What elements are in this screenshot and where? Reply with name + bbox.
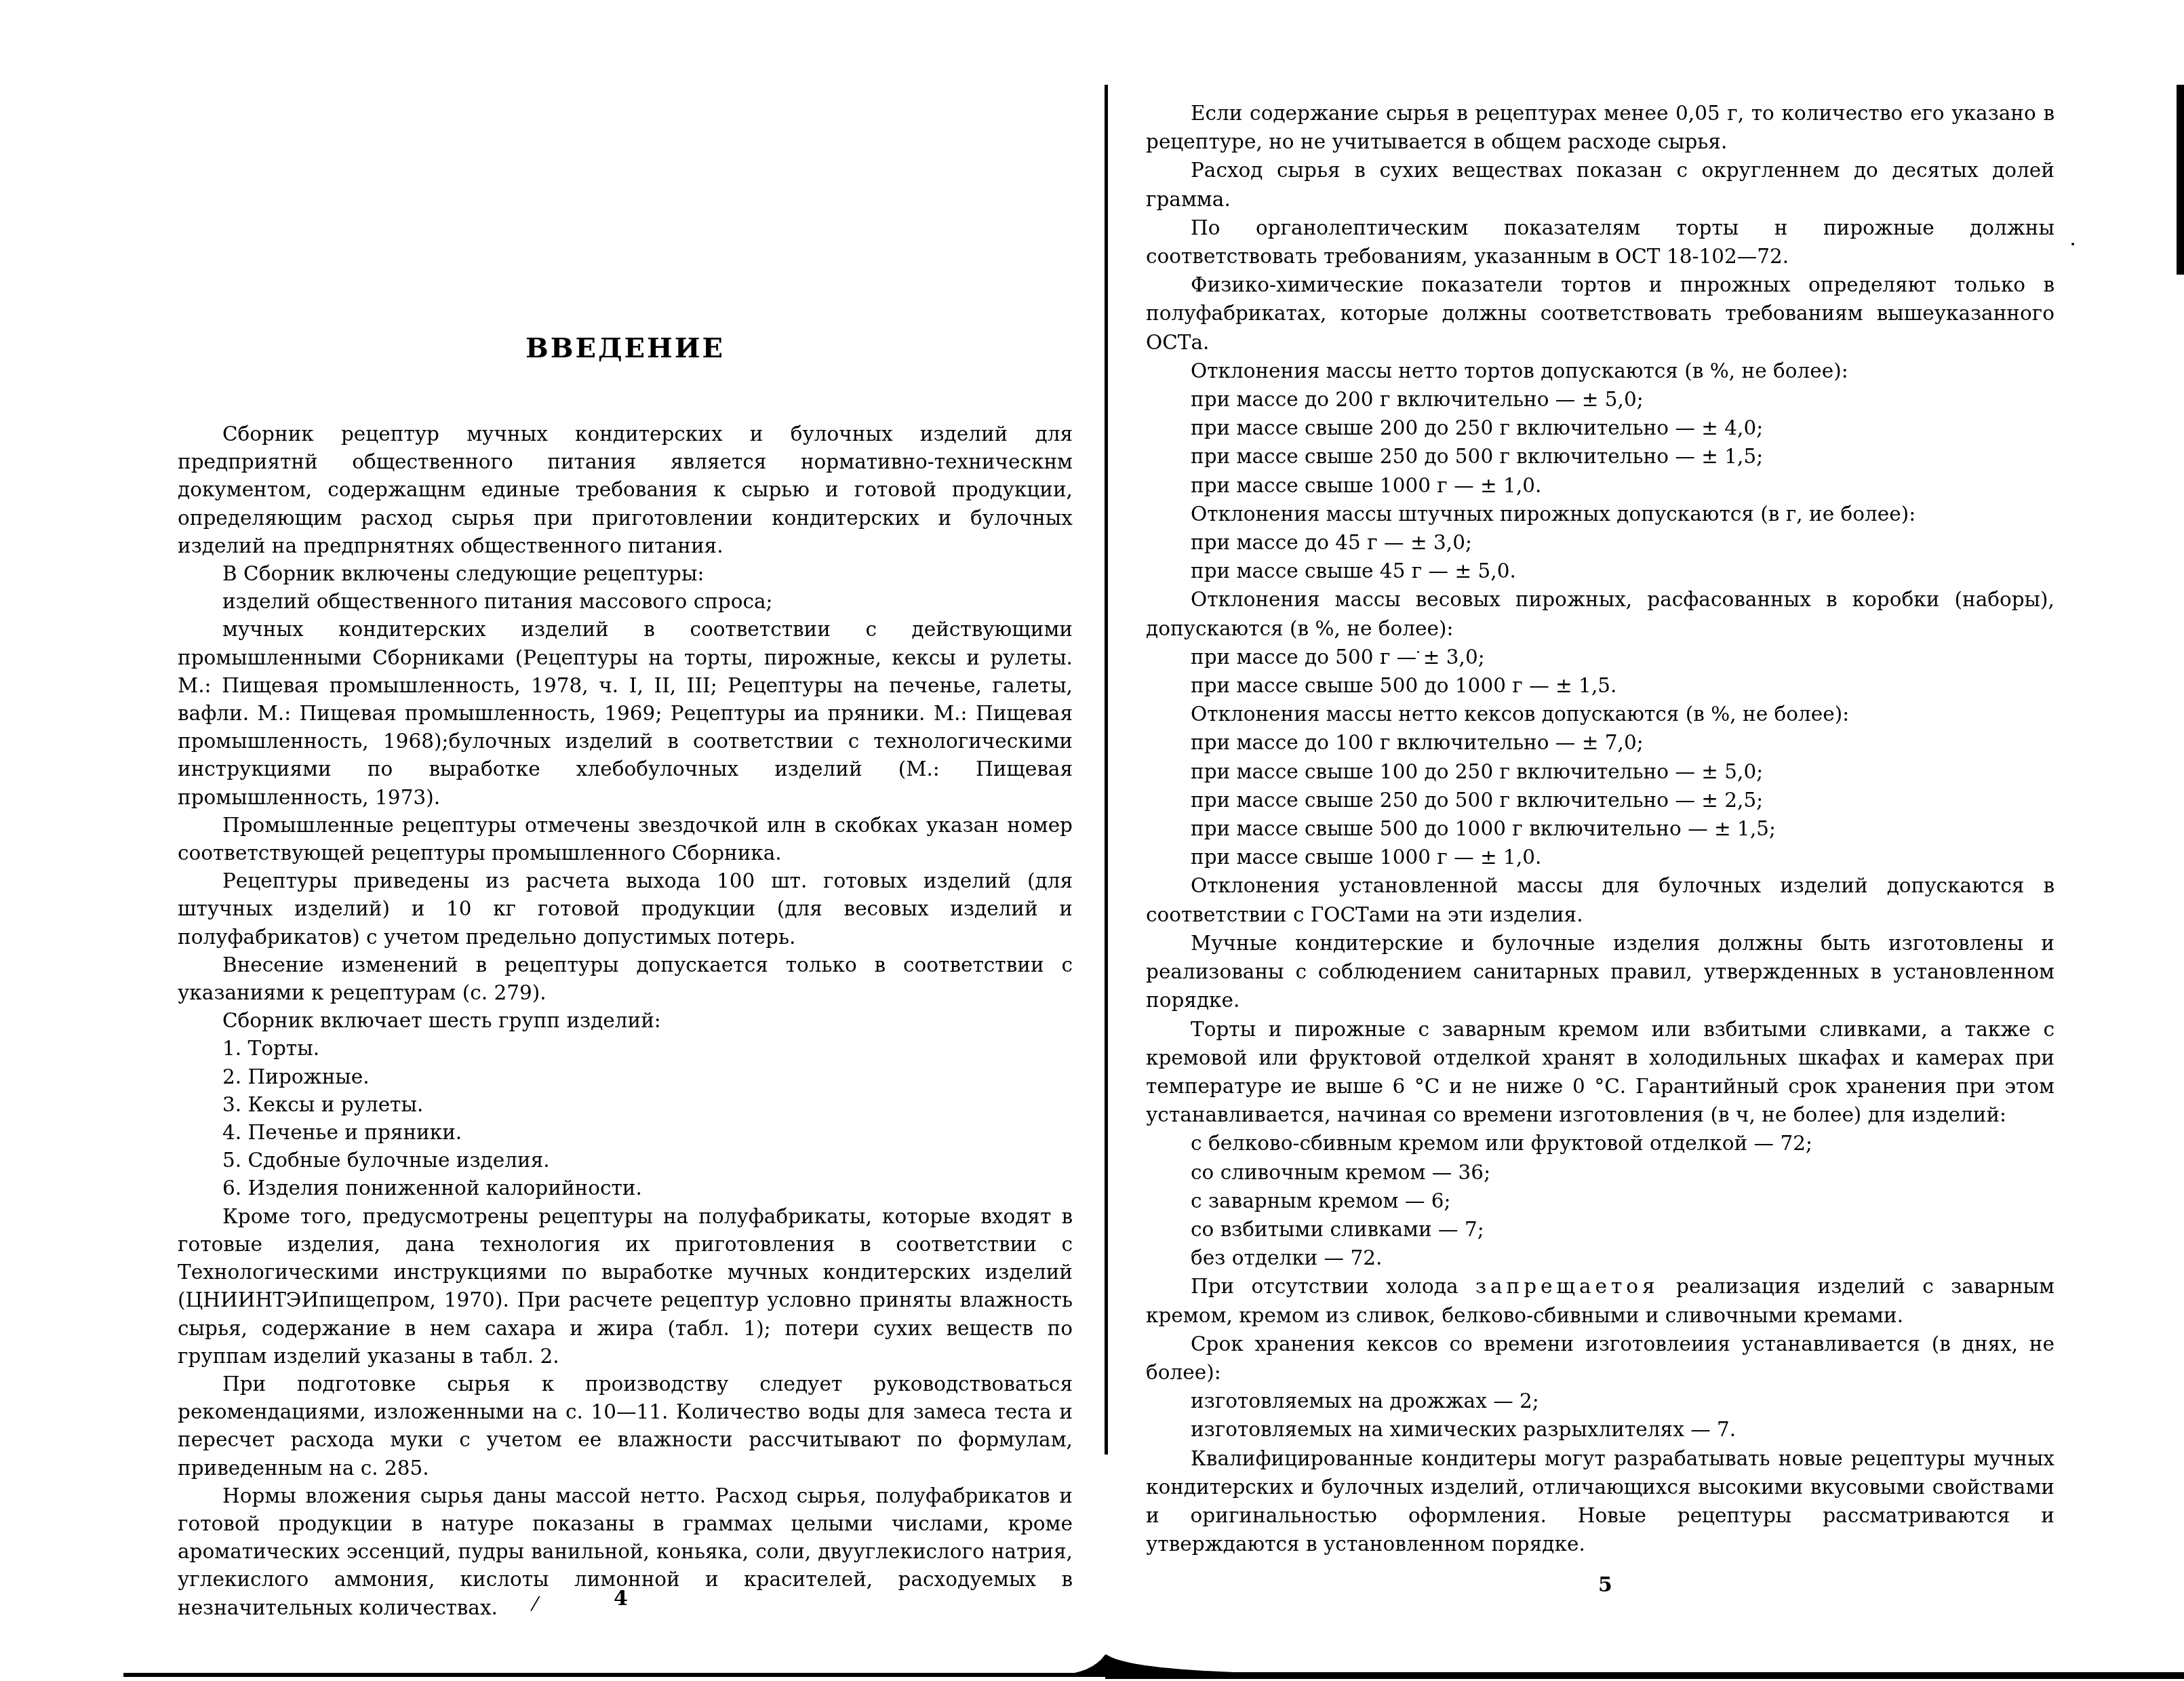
- paragraph: Отклонения массы нетто кексов допускаютс…: [1146, 700, 2054, 728]
- list-item: при массе свыше 45 г — ± 5,0.: [1146, 557, 2054, 585]
- list-item: без отделки — 72.: [1146, 1244, 2054, 1272]
- paragraph: изделий общественного питания массового …: [178, 588, 1073, 616]
- list-item: с заварным кремом — 6;: [1146, 1187, 2054, 1215]
- scan-speck: [2071, 243, 2074, 245]
- paragraph: В Сборник включены следующие рецептуры:: [178, 560, 1073, 588]
- list-item: со сливочным кремом — 36;: [1146, 1158, 2054, 1187]
- list-item: 3. Кексы и рулеты.: [178, 1091, 1073, 1119]
- paragraph: Отклонения массы нетто тортов допускаютс…: [1146, 357, 2054, 385]
- paragraph: Кроме того, предусмотрены рецептуры на п…: [178, 1203, 1073, 1370]
- paragraph: Отклонения установленной массы для булоч…: [1146, 871, 2054, 928]
- list-item: 1. Торты.: [178, 1035, 1073, 1063]
- paragraph: Физико-химические показатели тортов и пн…: [1146, 271, 2054, 357]
- emphasized-text: запрещаетоя: [1475, 1275, 1659, 1298]
- text-run: При отсутствии холода: [1191, 1275, 1475, 1298]
- list-item: при массе свыше 500 до 1000 г — ± 1,5.: [1146, 671, 2054, 700]
- list-item: 6. Изделия пониженной калорийности.: [178, 1174, 1073, 1202]
- list-item: при массе до 100 г включительно — ± 7,0;: [1146, 728, 2054, 757]
- list-item: при массе свыше 100 до 250 г включительн…: [1146, 757, 2054, 786]
- paragraph: Отклонения массы весовых пирожных, расфа…: [1146, 585, 2054, 642]
- paragraph: Срок хранения кексов со времени изготовл…: [1146, 1330, 2054, 1387]
- page-number-right: 5: [1598, 1573, 1612, 1597]
- scan-bottom-edge: [1105, 1672, 2184, 1679]
- list-item: 2. Пирожные.: [178, 1063, 1073, 1091]
- paragraph: Внесение изменений в рецептуры допускает…: [178, 951, 1073, 1007]
- paragraph: Мучные кондитерские и булочные изделия д…: [1146, 929, 2054, 1015]
- list-item: при массе свыше 1000 г — ± 1,0.: [1146, 843, 2054, 871]
- paragraph: При подготовке сырья к производству след…: [178, 1370, 1073, 1482]
- paragraph: Сборник включает шесть групп изделий:: [178, 1007, 1073, 1035]
- list-item: изготовляемых на дрожжах — 2;: [1146, 1387, 2054, 1415]
- paragraph: Торты и пирожные с заварным кремом или в…: [1146, 1015, 2054, 1130]
- list-item: при массе до 500 г — ± 3,0;: [1146, 643, 2054, 671]
- paragraph: Квалифицированные кондитеры могут разраб…: [1146, 1444, 2054, 1559]
- list-item: изготовляемых на химических разрыхлителя…: [1146, 1415, 2054, 1444]
- list-item: при массе свыше 500 до 1000 г включитель…: [1146, 814, 2054, 843]
- list-item: при массе свыше 250 до 500 г включительн…: [1146, 442, 2054, 471]
- paragraph: Промышленные рецептуры отмечены звездочк…: [178, 812, 1073, 867]
- paragraph: Отклонения массы штучных пирожных допуск…: [1146, 500, 2054, 528]
- paragraph: По органолептическим показателям торты н…: [1146, 214, 2054, 271]
- paragraph: Сборник рецептур мучных кондитерских и б…: [178, 420, 1073, 560]
- list-item: при массе свыше 200 до 250 г включительн…: [1146, 414, 2054, 442]
- scan-speck: [1417, 651, 1419, 653]
- scan-right-edge: [2177, 85, 2184, 275]
- scan-bottom-edge: [123, 1673, 1113, 1677]
- list-item: 5. Сдобные булочные изделия.: [178, 1147, 1073, 1174]
- paragraph: При отсутствии холода запрещаетоя реализ…: [1146, 1272, 2054, 1329]
- paragraph: мучных кондитерских изделий в соответств…: [178, 616, 1073, 811]
- list-item: со взбитыми сливками — 7;: [1146, 1215, 2054, 1244]
- left-page-body: Сборник рецептур мучных кондитерских и б…: [178, 420, 1073, 1622]
- paragraph: Рецептуры приведены из расчета выхода 10…: [178, 867, 1073, 951]
- right-page-body: Если содержание сырья в рецептурах менее…: [1146, 99, 2054, 1558]
- paragraph: Расход сырья в сухих веществах показан с…: [1146, 156, 2054, 213]
- list-item: 4. Печенье и пряники.: [178, 1119, 1073, 1147]
- paragraph: Если содержание сырья в рецептурах менее…: [1146, 99, 2054, 156]
- product-group-list: 1. Торты. 2. Пирожные. 3. Кексы и рулеты…: [178, 1035, 1073, 1202]
- list-item: с белково-сбивным кремом или фруктовой о…: [1146, 1129, 2054, 1158]
- list-item: при массе до 45 г — ± 3,0;: [1146, 528, 2054, 557]
- page-number-left: 4: [614, 1587, 628, 1610]
- page-heading: ВВЕДЕНИЕ: [178, 332, 1073, 364]
- list-item: при массе свыше 250 до 500 г включительн…: [1146, 786, 2054, 814]
- list-item: при массе до 200 г включительно — ± 5,0;: [1146, 385, 2054, 414]
- list-item: при массе свыше 1000 г — ± 1,0.: [1146, 471, 2054, 500]
- book-spine: [1105, 85, 1108, 1455]
